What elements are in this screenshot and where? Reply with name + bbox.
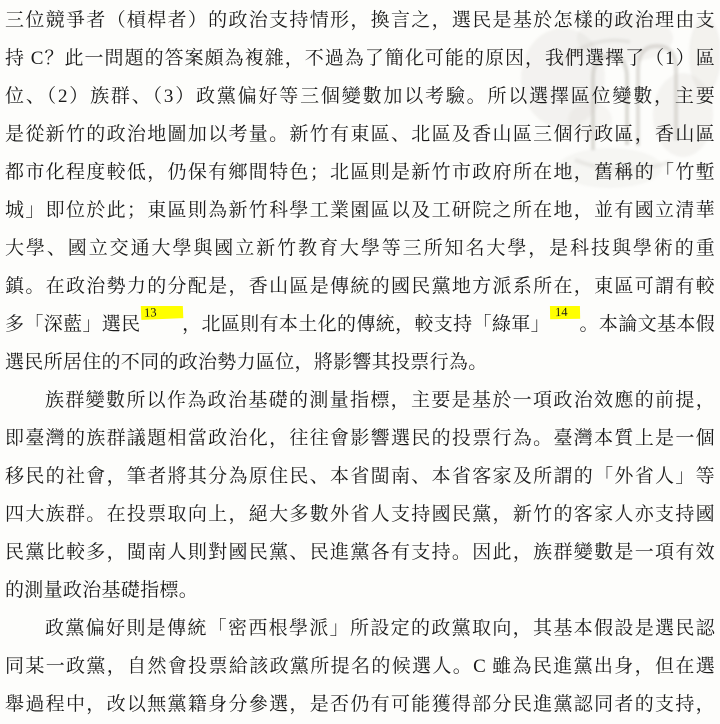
document-line: 四大族群。在投票取向上，絕大多數外省人支持國民黨，新竹的客家人亦支持國 bbox=[5, 496, 715, 534]
document-line: 是從新竹的政治地圖加以考量。新竹有東區、北區及香山區三個行政區，香山區 bbox=[5, 116, 715, 154]
document-line-paragraph-start: 族群變數所以作為政治基礎的測量指標，主要是基於一項政治效應的前提， bbox=[5, 382, 715, 420]
document-line: 的測量政治基礎指標。 bbox=[5, 572, 715, 610]
footnote-ref-13-highlighted: 13 bbox=[140, 306, 182, 320]
footnote-ref-14-highlighted: 14 bbox=[550, 306, 580, 319]
document-body: 三位競爭者（槓桿者）的政治支持情形，換言之，選民是基於怎樣的政治理由支 持 C？… bbox=[0, 2, 720, 724]
document-line-paragraph-start: 政黨偏好則是傳統「密西根學派」所設定的政黨取向，其基本假設是選民認 bbox=[5, 610, 715, 648]
document-line: 都市化程度較低，仍保有鄉間特色；北區則是新竹市政府所在地，舊稱的「竹塹 bbox=[5, 154, 715, 192]
document-line: 大學、國立交通大學與國立新竹教育大學等三所知名大學，是科技與學術的重 bbox=[5, 230, 715, 268]
document-line: 城」即位於此；東區則為新竹科學工業園區以及工研院之所在地，並有國立清華 bbox=[5, 192, 715, 230]
document-line-with-footnotes: 多「深藍」選民13，北區則有本土化的傳統，較支持「綠軍」14。本論文基本假設 bbox=[5, 306, 715, 344]
document-line: 同某一政黨，自然會投票給該政黨所提名的候選人。C 雖為民進黨出身，但在選 bbox=[5, 648, 715, 686]
line-text-segment: 多「深藍」選民 bbox=[5, 314, 141, 335]
document-line: 持 C？此一問題的答案頗為複雜，不過為了簡化可能的原因，我們選擇了（1）區 bbox=[5, 40, 715, 78]
line-text-segment: ，北區則有本土化的傳統，較支持「綠軍」 bbox=[182, 314, 550, 335]
document-line: 選民所居住的不同的政治勢力區位，將影響其投票行為。 bbox=[5, 344, 715, 382]
document-line: 舉過程中，改以無黨籍身分參選，是否仍有可能獲得部分民進黨認同者的支持， bbox=[5, 686, 715, 724]
document-line: 三位競爭者（槓桿者）的政治支持情形，換言之，選民是基於怎樣的政治理由支 bbox=[5, 2, 715, 40]
document-line: 鎮。在政治勢力的分配是，香山區是傳統的國民黨地方派系所在，東區可謂有較 bbox=[5, 268, 715, 306]
document-line: 民黨比較多，閩南人則對國民黨、民進黨各有支持。因此，族群變數是一項有效 bbox=[5, 534, 715, 572]
scanned-document-page: 三位競爭者（槓桿者）的政治支持情形，換言之，選民是基於怎樣的政治理由支 持 C？… bbox=[0, 0, 720, 724]
document-line: 移民的社會，筆者將其分為原住民、本省閩南、本省客家及所謂的「外省人」等 bbox=[5, 458, 715, 496]
document-line: 位、（2）族群、（3）政黨偏好等三個變數加以考驗。所以選擇區位變數，主要 bbox=[5, 78, 715, 116]
document-line: 即臺灣的族群議題相當政治化，往往會影響選民的投票行為。臺灣本質上是一個 bbox=[5, 420, 715, 458]
